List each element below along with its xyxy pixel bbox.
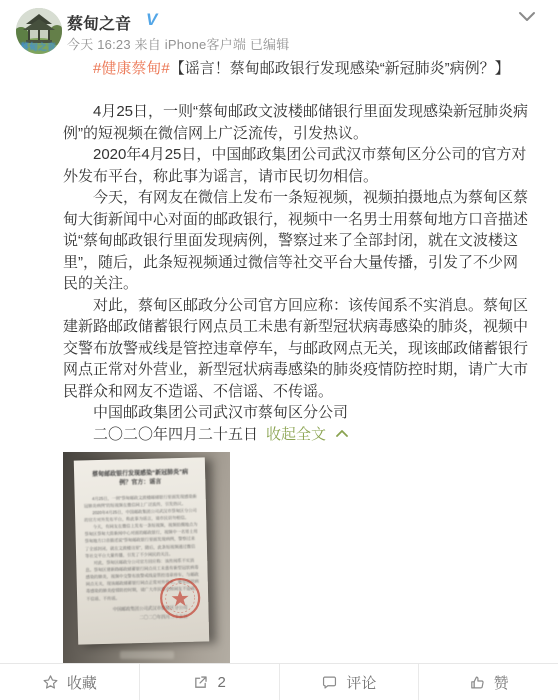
hashtag-link[interactable]: #健康蔡甸# — [93, 60, 170, 77]
date-line: 二〇二〇年四月二十五日收起全文 — [63, 424, 531, 446]
post-headline: #健康蔡甸#【谣言！蔡甸邮政银行发现感染“新冠肺炎”病例？】 — [63, 58, 531, 80]
avatar-pavilion-image: 蔡甸之音 — [16, 8, 62, 54]
collapse-full-text-link[interactable]: 收起全文 — [266, 426, 326, 443]
post-paragraph: 今天，有网友在微信上发布一条短视频，视频拍摄地点为蔡甸区蔡甸大街新闻中心对面的邮… — [63, 187, 531, 295]
like-button[interactable]: 赞 — [418, 664, 558, 700]
post-paragraph: 对此，蔡甸区邮政分公司官方回应称：该传闻系不实消息。蔡甸区建新路邮政储蓄银行网点… — [63, 295, 531, 403]
date-text: 二〇二〇年四月二十五日 — [93, 426, 258, 443]
document-title: 蔡甸邮政银行发现感染“新冠肺炎”病例？官方：谣言 — [92, 469, 188, 490]
post-content: #健康蔡甸#【谣言！蔡甸邮政银行发现感染“新冠肺炎”病例？】 4月25日，一则“… — [0, 56, 558, 663]
favorite-label: 收藏 — [67, 672, 97, 693]
headline-text: 【谣言！蔡甸邮政银行发现感染“新冠肺炎”病例？】 — [170, 60, 510, 77]
comment-icon — [321, 674, 338, 691]
document-paragraph: 今天，有网友在微信上发布一条短视频，视频拍摄地点为蔡甸区蔡甸大街新闻中心对面的邮… — [84, 521, 199, 559]
avatar-caption-text: 蔡甸之音 — [20, 41, 56, 52]
comment-button[interactable]: 评论 — [279, 664, 419, 700]
official-seal-icon — [158, 576, 203, 621]
avatar[interactable]: 蔡甸之音 — [16, 8, 62, 54]
post-paragraph: 2020年4月25日，中国邮政集团公司武汉市蔡甸区分公司的官方对外发布平台，称此… — [63, 144, 531, 187]
chevron-down-icon[interactable] — [518, 10, 536, 24]
post-paragraph: 4月25日，一则“蔡甸邮政文波楼邮储银行里面发现感染新冠肺炎病例”的短视频在微信… — [63, 101, 531, 144]
repost-count: 2 — [217, 674, 225, 691]
signature-line: 中国邮政集团公司武汉市蔡甸区分公司 — [63, 402, 531, 424]
chevron-up-icon[interactable] — [336, 429, 348, 438]
verified-badge: V — [146, 10, 157, 30]
favorite-button[interactable]: 收藏 — [0, 664, 139, 700]
share-icon — [192, 674, 209, 691]
like-label: 赞 — [494, 672, 509, 693]
repost-button[interactable]: 2 — [139, 664, 279, 700]
post-header: 蔡甸之音 蔡甸之音 V 今天 16:23 来自 iPhone客户端 已编辑 — [0, 0, 558, 56]
thumbs-up-icon — [469, 674, 486, 691]
username[interactable]: 蔡甸之音 — [67, 11, 131, 34]
action-toolbar: 收藏 2 评论 赞 — [0, 663, 558, 700]
star-icon — [42, 674, 59, 691]
comment-label: 评论 — [346, 672, 376, 693]
document-paper: 蔡甸邮政银行发现感染“新冠肺炎”病例？官方：谣言 4月25日，一则“蔡甸邮政文波… — [74, 457, 209, 644]
post-timestamp: 今天 16:23 来自 iPhone客户端 已编辑 — [67, 34, 289, 53]
attached-document-photo[interactable]: 蔡甸邮政银行发现感染“新冠肺炎”病例？官方：谣言 4月25日，一则“蔡甸邮政文波… — [63, 452, 230, 663]
photo-watermark — [120, 651, 174, 659]
weibo-post-page: { "header": { "username": "蔡甸之音", "badge… — [0, 0, 558, 700]
